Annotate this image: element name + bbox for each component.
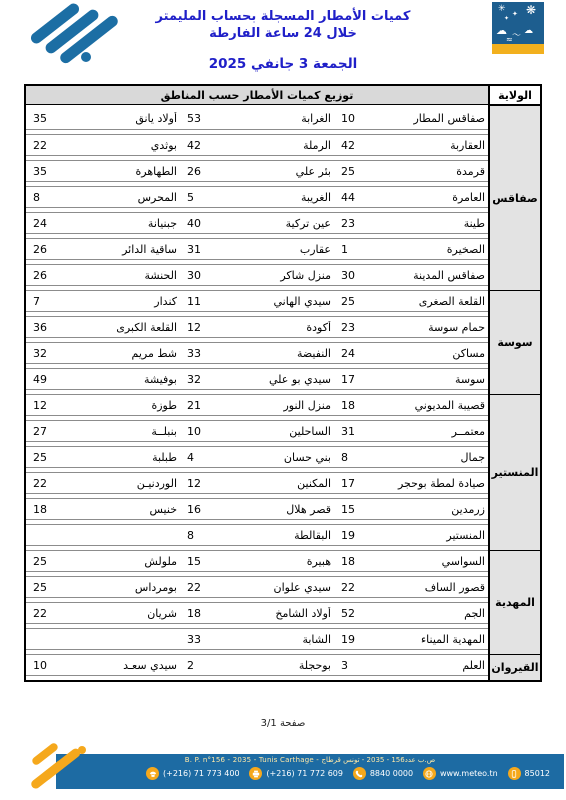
region-name-cell: منزل النور [228, 399, 334, 412]
region-name-cell: سيدي الهاني [228, 295, 334, 308]
rainfall-value-cell: 19 [334, 529, 382, 542]
region-name-cell: المنستير [382, 529, 488, 542]
region-name-cell: جمال [382, 451, 488, 464]
rainfall-value-cell: 22 [26, 139, 74, 152]
region-name-cell: قصيبة المديوني [382, 399, 488, 412]
region-name-cell: سيدي علوان [228, 581, 334, 594]
table-row: جمال8بني حسان4طبلبة25 [26, 446, 488, 468]
rainfall-value-cell: 18 [26, 503, 74, 516]
region-name-cell: طبلبة [74, 451, 180, 464]
rainfall-value-cell: 23 [334, 321, 382, 334]
rainfall-value-cell: 12 [180, 321, 228, 334]
footer-contact-value: (+216) 71 773 400 [163, 769, 240, 778]
footer-contact-value: www.meteo.tn [440, 769, 498, 778]
region-name-cell: سوسة [382, 373, 488, 386]
rainfall-value-cell: 12 [180, 477, 228, 490]
table-span-header: توزيع كميات الأمطار حسب المناطق [26, 86, 488, 105]
region-name-cell: سيدي سعـد [74, 659, 180, 672]
rainfall-value-cell: 22 [26, 477, 74, 490]
rainfall-value-cell: 15 [334, 503, 382, 516]
rainfall-value-cell: 42 [180, 139, 228, 152]
region-name-cell: حمام سوسة [382, 321, 488, 334]
region-name-cell: الساحلين [228, 425, 334, 438]
rainfall-value-cell: 31 [334, 425, 382, 438]
rainfall-value-cell: 17 [334, 477, 382, 490]
rainfall-value-cell: 12 [26, 399, 74, 412]
region-name-cell: الحنشة [74, 269, 180, 282]
footer-bar: B. P. n°156 - 2035 - Tunis Carthage - ص.… [56, 754, 564, 789]
region-name-cell: بوحجلة [228, 659, 334, 672]
rainfall-value-cell: 8 [180, 529, 228, 542]
rainfall-value-cell: 33 [180, 633, 228, 646]
table-row: سوسة17سيدي بو علي32بوفيشة49 [26, 368, 488, 390]
report-title-line2: خلال 24 ساعة الفارطة [0, 25, 566, 42]
page-number: صفحة 3/1 [0, 718, 566, 729]
table-row: حمام سوسة23أكودة12القلعة الكبرى36 [26, 316, 488, 338]
rainfall-value-cell: 1 [334, 243, 382, 256]
rainfall-value-cell: 10 [180, 425, 228, 438]
region-name-cell: الطهاهرة [74, 165, 180, 178]
rainfall-value-cell: 35 [26, 112, 74, 125]
rainfall-value-cell: 7 [26, 295, 74, 308]
rainfall-table: الولاية صفاقسسوسةالمنستيرالمهديةالقيروان… [24, 84, 542, 682]
rainfall-value-cell: 25 [334, 295, 382, 308]
table-row: قصيبة المديوني18منزل النور21طوزة12 [26, 394, 488, 416]
report-title-line1: كميات الأمطار المسجلة بحساب المليمتر [0, 8, 566, 25]
region-name-cell: صيادة لمطة بوحجر [382, 477, 488, 490]
rainfall-value-cell: 25 [334, 165, 382, 178]
rainfall-value-cell: 18 [180, 607, 228, 620]
region-name-cell: الجم [382, 607, 488, 620]
table-row: الجم52أولاد الشامخ18شريان22 [26, 602, 488, 624]
emblem-stars-icon: ✳ ✦ ❋ ✦ ☁ 〜 ☁ ≈ [492, 2, 544, 44]
region-name-cell: قرمدة [382, 165, 488, 178]
phone-icon [146, 767, 159, 780]
table-row: صفاقس المدينة30منزل شاكر30الحنشة26 [26, 264, 488, 286]
footer-contact-item: 8840 0000 [353, 767, 413, 780]
rainfall-value-cell: 36 [26, 321, 74, 334]
table-row: قرمدة25بئر علي26الطهاهرة35 [26, 160, 488, 182]
wilaya-cell: سوسة [490, 290, 540, 394]
region-name-cell: المكنين [228, 477, 334, 490]
region-name-cell: هبيرة [228, 555, 334, 568]
region-name-cell: جبنيانة [74, 217, 180, 230]
rainfall-value-cell: 24 [26, 217, 74, 230]
table-row: الصخيرة1عقارب31ساقية الدائر26 [26, 238, 488, 260]
region-name-cell: السواسي [382, 555, 488, 568]
region-name-cell: عين تركية [228, 217, 334, 230]
region-name-cell: العامرة [382, 191, 488, 204]
table-row: العلم3بوحجلة2سيدي سعـد10 [26, 654, 488, 676]
region-name-cell: أولاد يانق [74, 112, 180, 125]
rainfall-value-cell: 32 [180, 373, 228, 386]
table-row: صيادة لمطة بوحجر17المكنين12الوردنيـن22 [26, 472, 488, 494]
region-name-cell: أولاد الشامخ [228, 607, 334, 620]
footer-contact-item: (+216) 71 773 400 [146, 767, 240, 780]
wilaya-column-header: الولاية [490, 86, 540, 105]
region-name-cell: أكودة [228, 321, 334, 334]
table-rows: صفاقس المطار10الغرابة53أولاد يانق35العقا… [26, 105, 488, 680]
region-name-cell: الرملة [228, 139, 334, 152]
wilaya-cell: صفاقس [490, 105, 540, 290]
region-name-cell: القلعة الصغرى [382, 295, 488, 308]
rainfall-value-cell: 24 [334, 347, 382, 360]
table-row: طينة23عين تركية40جبنيانة24 [26, 212, 488, 234]
rainfall-value-cell: 22 [334, 581, 382, 594]
rainfall-value-cell: 25 [26, 555, 74, 568]
table-row: العامرة44الغريبة5المحرس8 [26, 186, 488, 208]
region-name-cell: النفيضة [228, 347, 334, 360]
rainfall-value-cell: 4 [180, 451, 228, 464]
region-name-cell: قصور الساف [382, 581, 488, 594]
handset-icon [353, 767, 366, 780]
region-name-cell: البقالطة [228, 529, 334, 542]
region-name-cell: شريان [74, 607, 180, 620]
fax-icon [249, 767, 262, 780]
rainfall-value-cell: 23 [334, 217, 382, 230]
document-header: كميات الأمطار المسجلة بحساب المليمتر خلا… [0, 0, 566, 78]
inm-emblem-logo: ✳ ✦ ❋ ✦ ☁ 〜 ☁ ≈ [492, 2, 544, 54]
region-name-cell: معتمــر [382, 425, 488, 438]
rainfall-value-cell: 2 [180, 659, 228, 672]
footer-contacts: (+216) 71 773 400(+216) 71 772 6098840 0… [56, 764, 564, 780]
rainfall-value-cell: 35 [26, 165, 74, 178]
rainfall-value-cell: 8 [334, 451, 382, 464]
table-row: القلعة الصغرى25سيدي الهاني11كندار7 [26, 290, 488, 312]
rainfall-value-cell: 22 [180, 581, 228, 594]
region-name-cell: العلم [382, 659, 488, 672]
region-name-cell: طينة [382, 217, 488, 230]
table-row: زرمدين15قصر هلال16خنيس18 [26, 498, 488, 520]
rainfall-value-cell: 30 [334, 269, 382, 282]
rainfall-value-cell: 30 [180, 269, 228, 282]
rainfall-value-cell: 32 [26, 347, 74, 360]
rainfall-value-cell: 33 [180, 347, 228, 360]
table-row: العقاربة42الرملة42بوثدي22 [26, 134, 488, 156]
mobile-icon [508, 767, 521, 780]
rainfall-value-cell: 15 [180, 555, 228, 568]
region-name-cell: المحرس [74, 191, 180, 204]
region-name-cell: سيدي بو علي [228, 373, 334, 386]
rainfall-value-cell: 18 [334, 399, 382, 412]
region-name-cell: خنيس [74, 503, 180, 516]
report-date: الجمعة 3 جانفي 2025 [0, 56, 566, 72]
rainfall-value-cell: 25 [26, 451, 74, 464]
region-name-cell: بوثدي [74, 139, 180, 152]
globe-icon [423, 767, 436, 780]
rainfall-value-cell: 8 [26, 191, 74, 204]
rainfall-value-cell: 27 [26, 425, 74, 438]
region-name-cell: المهدية الميناء [382, 633, 488, 646]
region-name-cell: شط مريم [74, 347, 180, 360]
region-name-cell: القلعة الكبرى [74, 321, 180, 334]
table-row: مساكن24النفيضة33شط مريم32 [26, 342, 488, 364]
region-name-cell: بئر علي [228, 165, 334, 178]
rainfall-value-cell: 19 [334, 633, 382, 646]
region-name-cell: منزل شاكر [228, 269, 334, 282]
region-name-cell: العقاربة [382, 139, 488, 152]
wilaya-cell: المهدية [490, 550, 540, 654]
rainfall-value-cell: 21 [180, 399, 228, 412]
region-name-cell: الشابة [228, 633, 334, 646]
rainfall-value-cell: 25 [26, 581, 74, 594]
table-row: المنستير19البقالطة8 [26, 524, 488, 546]
rainfall-value-cell: 42 [334, 139, 382, 152]
emblem-band [492, 44, 544, 54]
table-row: صفاقس المطار10الغرابة53أولاد يانق35 [26, 108, 488, 130]
rainfall-value-cell: 11 [180, 295, 228, 308]
rainfall-value-cell: 44 [334, 191, 382, 204]
footer-contact-item: 85012 [508, 767, 550, 780]
footer-contact-value: 8840 0000 [370, 769, 413, 778]
footer-contact-value: (+216) 71 772 609 [266, 769, 343, 778]
region-name-cell: الغرابة [228, 112, 334, 125]
region-name-cell: مساكن [382, 347, 488, 360]
rainfall-value-cell: 53 [180, 112, 228, 125]
region-name-cell: ملولش [74, 555, 180, 568]
region-name-cell: بنبلــة [74, 425, 180, 438]
rainfall-value-cell: 10 [26, 659, 74, 672]
region-name-cell: بوفيشة [74, 373, 180, 386]
rainfall-value-cell: 16 [180, 503, 228, 516]
rainfall-value-cell: 10 [334, 112, 382, 125]
rainfall-value-cell: 40 [180, 217, 228, 230]
region-name-cell: كندار [74, 295, 180, 308]
table-row: المهدية الميناء19الشابة33 [26, 628, 488, 650]
table-row: السواسي18هبيرة15ملولش25 [26, 550, 488, 572]
region-name-cell: صفاقس المدينة [382, 269, 488, 282]
region-name-cell: الغريبة [228, 191, 334, 204]
rainfall-value-cell: 3 [334, 659, 382, 672]
rainfall-value-cell: 26 [26, 269, 74, 282]
region-name-cell: بومرداس [74, 581, 180, 594]
region-name-cell: قصر هلال [228, 503, 334, 516]
rainfall-value-cell: 26 [26, 243, 74, 256]
rainfall-value-cell: 52 [334, 607, 382, 620]
region-name-cell: الوردنيـن [74, 477, 180, 490]
wilaya-column: الولاية صفاقسسوسةالمنستيرالمهديةالقيروان [488, 86, 540, 680]
footer-contact-value: 85012 [525, 769, 550, 778]
table-row: معتمــر31الساحلين10بنبلــة27 [26, 420, 488, 442]
regions-columns: توزيع كميات الأمطار حسب المناطق صفاقس ال… [26, 86, 488, 680]
region-name-cell: زرمدين [382, 503, 488, 516]
region-name-cell: الصخيرة [382, 243, 488, 256]
footer-contact-item: www.meteo.tn [423, 767, 498, 780]
region-name-cell: ساقية الدائر [74, 243, 180, 256]
region-name-cell: بني حسان [228, 451, 334, 464]
footer-strokes-logo [26, 744, 98, 792]
wilaya-cell: القيروان [490, 654, 540, 680]
rainfall-value-cell: 31 [180, 243, 228, 256]
rainfall-value-cell: 22 [26, 607, 74, 620]
rainfall-value-cell: 5 [180, 191, 228, 204]
rainfall-value-cell: 49 [26, 373, 74, 386]
footer-address: B. P. n°156 - 2035 - Tunis Carthage - ص.… [56, 754, 564, 764]
rainfall-value-cell: 17 [334, 373, 382, 386]
footer-contact-item: (+216) 71 772 609 [249, 767, 343, 780]
table-row: قصور الساف22سيدي علوان22بومرداس25 [26, 576, 488, 598]
rainfall-value-cell: 26 [180, 165, 228, 178]
wilaya-cell: المنستير [490, 394, 540, 550]
region-name-cell: عقارب [228, 243, 334, 256]
rainfall-value-cell: 18 [334, 555, 382, 568]
region-name-cell: صفاقس المطار [382, 112, 488, 125]
region-name-cell: طوزة [74, 399, 180, 412]
